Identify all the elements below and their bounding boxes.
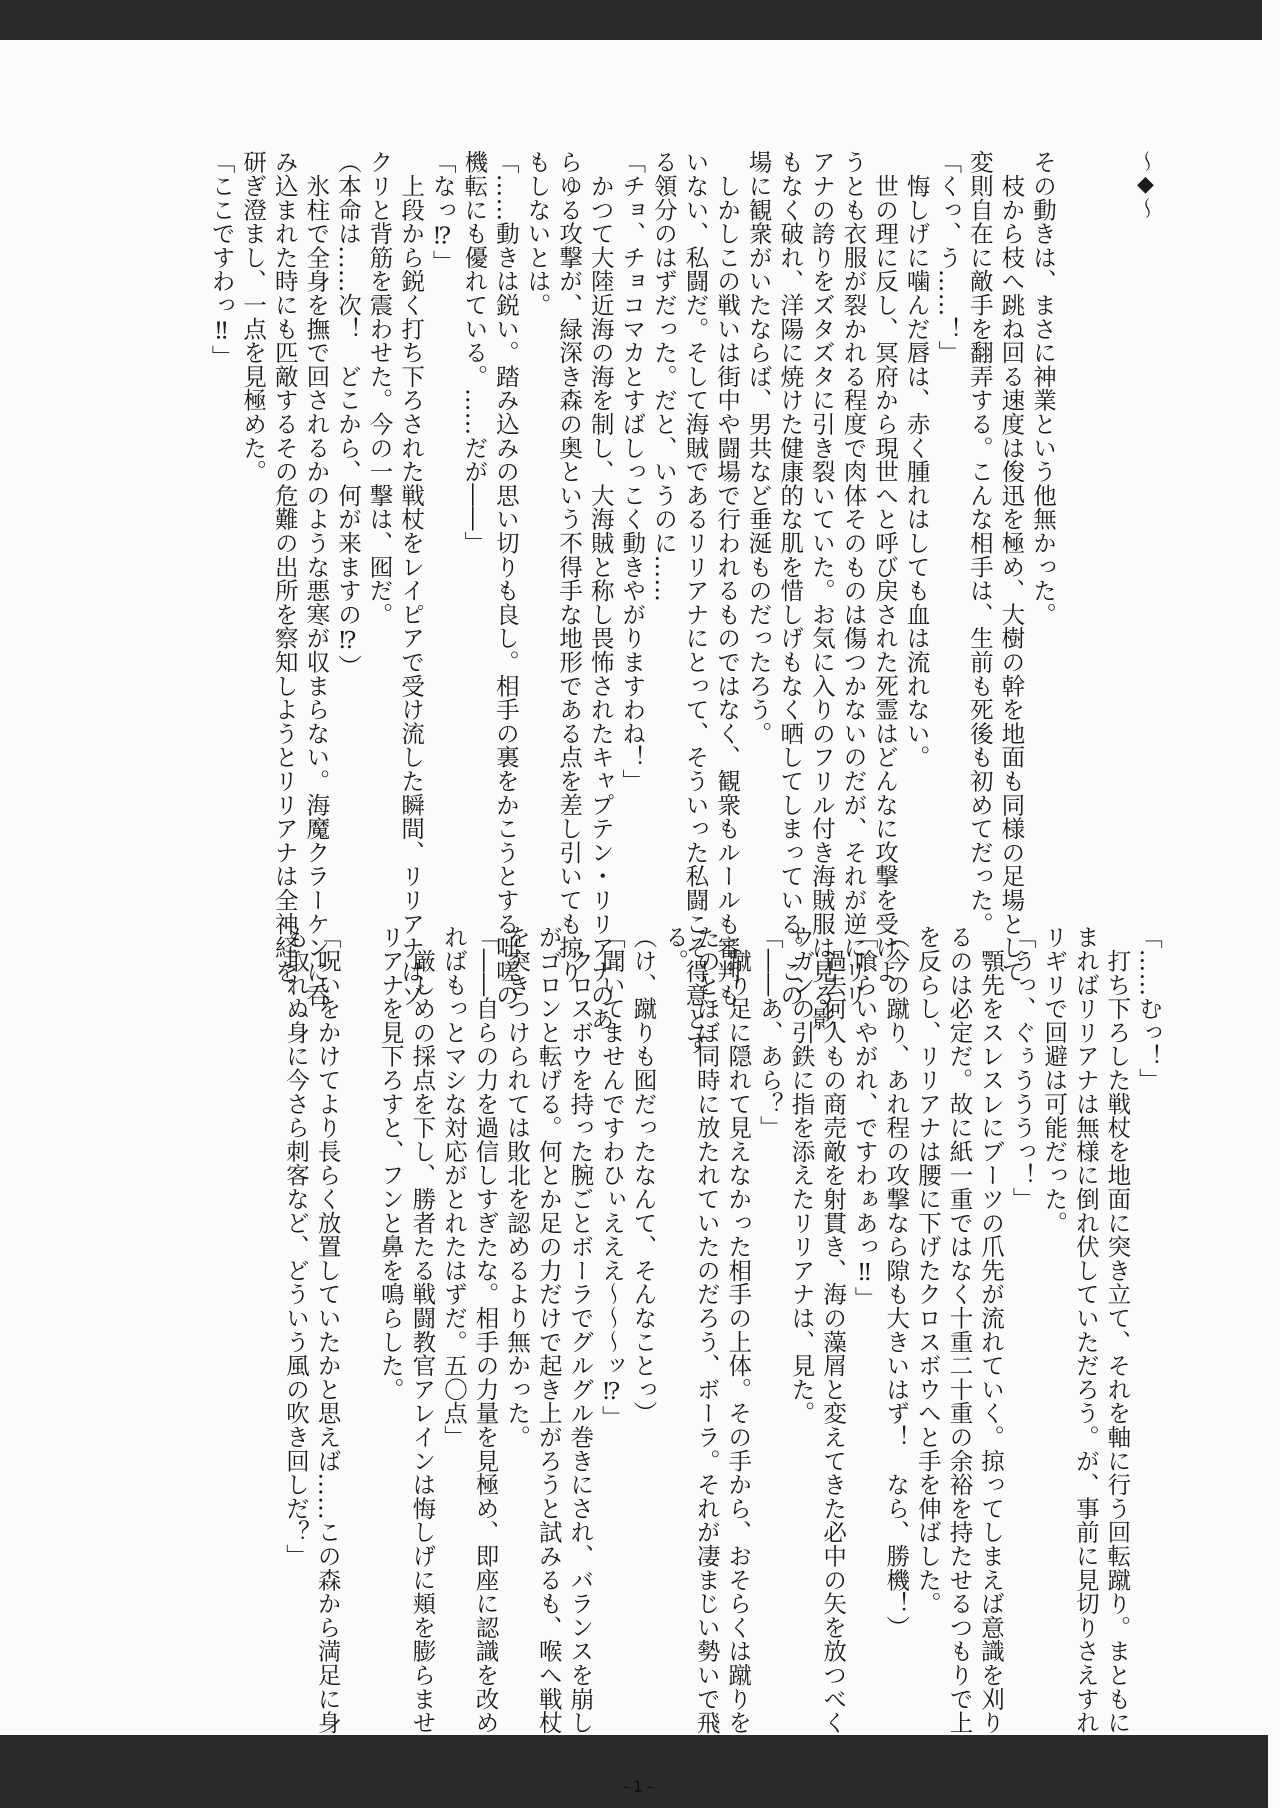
text-line: リアナを見下ろすと、フンと鼻を鳴らした。 [374,925,406,1715]
text-line: もしないとは。 [521,150,553,870]
text-line: いない、私闘だ。そして海賊であるリリアナにとって、そういった私闘こそ得意とす [679,150,711,870]
text-line: 悔しげに噛んだ唇は、赤く腫れはしても血は流れない。 [900,150,932,870]
text-line: 厳しめの採点を下し、勝者たる戦闘教官アレインは悔しげに頬を膨らませるリ [406,925,438,1715]
text-line: 研ぎ澄まし、一点を見極めた。 [237,150,269,870]
text-line: （け、蹴りも囮だったなんて、そんなことっ） [627,925,659,1715]
text-line: まればリリアナは無様に倒れ伏していただろう。が、事前に見切りさえすればギ [1069,925,1101,1715]
text-line: 機転にも優れている。……だが――」 [458,150,490,870]
text-line: 「呪いをかけてより長らく放置していたかと思えば……この森から満足に身動き [311,925,343,1715]
text-line: 「ここですわっ‼」 [205,150,237,870]
text-line: らゆる攻撃が、緑深き森の奥という不得手な地形である点を差し引いても掠り [553,150,585,870]
text-line: 「――自らの力を過信しすぎたな。相手の力量を見極め、即座に認識を改めてい [469,925,501,1715]
text-line [343,925,375,1715]
text-line: うとも衣服が裂かれる程度で肉体そのものは傷つかないのだが、それが逆にリリ [837,150,869,870]
text-line: 顎先をスレスレにブーツの爪先が流れていく。掠ってしまえば意識を刈り取られ [974,925,1006,1715]
text-line: 枝から枝へ跳ね回る速度は俊迅を極め、大樹の幹を地面も同様の足場として [995,150,1027,870]
text-line: も取れぬ身に今さら刺客など、どういう風の吹き回しだ？」 [279,925,311,1715]
text-line: る。 [659,925,691,1715]
text-line: ればもっとマシな対応がとれたはずだ。五〇点」 [437,925,469,1715]
text-line: ウガンの引鉄に指を添えたリリアナは、見た。 [785,925,817,1715]
text-line: る領分のはずだった。だと、いうのに…… [647,150,679,870]
text-line: その動きは、まさに神業という他無かった。 [1026,150,1058,870]
text-line: 「聞いてませんですわひぃえええ〜〜〜ッ⁉」 [595,925,627,1715]
text-line: かつて大陸近海の海を制し、大海賊と称し畏怖されたキャプテン・リリアナのあ [584,150,616,870]
text-line: たのとほぼ同時に放たれていたのだろう、ボーラ。それが凄まじい勢いで飛来す [690,925,722,1715]
text-line: 蹴り足に隠れて見えなかった相手の上体。その手から、おそらくは蹴りを出し [722,925,754,1715]
text-line: 氷柱で全身を撫で回されるかのような悪寒が収まらない。海魔クラーケンに呑 [300,150,332,870]
text-line: るのは必定だ。故に紙一重ではなく十重二十重の余裕を持たせるつもりで上体 [943,925,975,1715]
text-line: クロスボウを持った腕ごとボーラでグルグル巻きにされ、バランスを崩した身体 [564,925,596,1715]
text-line: もなく破れ、洋陽に焼けた健康的な肌を惜しげもなく晒してしまっている。この [774,150,806,870]
text-line: 「喰らいやがれ、ですわぁあっ‼」 [848,925,880,1715]
top-scan-border [0,0,1262,40]
text-line: 世の理に反し、冥府から現世へと呼び戻された死霊はどんなに攻撃を受けよ [868,150,900,870]
text-line: 「――あ、あら？」 [753,925,785,1715]
text-line: しかしこの戦いは街中や闘場で行われるものではなく、観衆もルールも審判も [710,150,742,870]
text-line: （今の蹴り、あれ程の攻撃なら隙も大きいはず！ なら、勝機！） [880,925,912,1715]
text-line: 「なっ⁉」 [426,150,458,870]
text-line: み込まれた時にも匹敵するその危難の出所を察知しようとリリアナは全神経を [268,150,300,870]
text-line: 「うっ、ぐぅうううっ！」 [1006,925,1038,1715]
text-block-bottom: 「……むっ！」 打ち下ろした戦杖を地面に突き立て、それを軸に行う回転蹴り。まとも… [279,925,1164,1715]
text-line: リギリで回避は可能だった。 [1038,925,1070,1715]
text-line: 「くっ、う……！」 [932,150,964,870]
text-line: 場に観衆がいたならば、男共など垂涎ものだったろう。 [742,150,774,870]
page-number: -1- [0,1777,1280,1796]
text-line: を反らし、リリアナは腰に下げたクロスボウへと手を伸ばした。 [911,925,943,1715]
text-line: 「……むっ！」 [1132,925,1164,1715]
text-line: クリと背筋を震わせた。今の一撃は、囮だ。 [363,150,395,870]
text-line: （本命は……次！ どこから、何が来ますの⁉） [331,150,363,870]
text-line: アナの誇りをズタズタに引き裂いていた。お気に入りのフリル付き海賊服は見る影 [805,150,837,870]
text-line: がゴロンと転げる。何とか足の力だけで起き上がろうと試みるも、喉へ戦杖の先端 [532,925,564,1715]
section-divider: 〜◆〜 [1130,150,1160,219]
text-line: 「……動きは鋭い。踏み込みの思い切りも良し。相手の裏をかこうとする咄嗟の [489,150,521,870]
text-line: 変則自在に敵手を翻弄する。こんな相手は、生前も死後も初めてだった。 [963,150,995,870]
text-line: 打ち下ろした戦杖を地面に突き立て、それを軸に行う回転蹴り。まともに極 [1101,925,1133,1715]
text-line: を突きつけられては敗北を認めるより無かった。 [501,925,533,1715]
bottom-scan-border [0,1735,1268,1808]
text-line: 上段から鋭く打ち下ろされた戦杖をレイピアで受け流した瞬間、リリアナはゾ [395,150,427,870]
text-line: 過去何人もの商売敵を射貫き、海の藻屑と変えてきた必中の矢を放つべくボ [816,925,848,1715]
text-block-top: その動きは、まさに神業という他無かった。 枝から枝へ跳ね回る速度は俊迅を極め、大… [205,150,1058,870]
text-line: 「チョ、チョコマカとすばしっこく動きやがりますわね！」 [616,150,648,870]
